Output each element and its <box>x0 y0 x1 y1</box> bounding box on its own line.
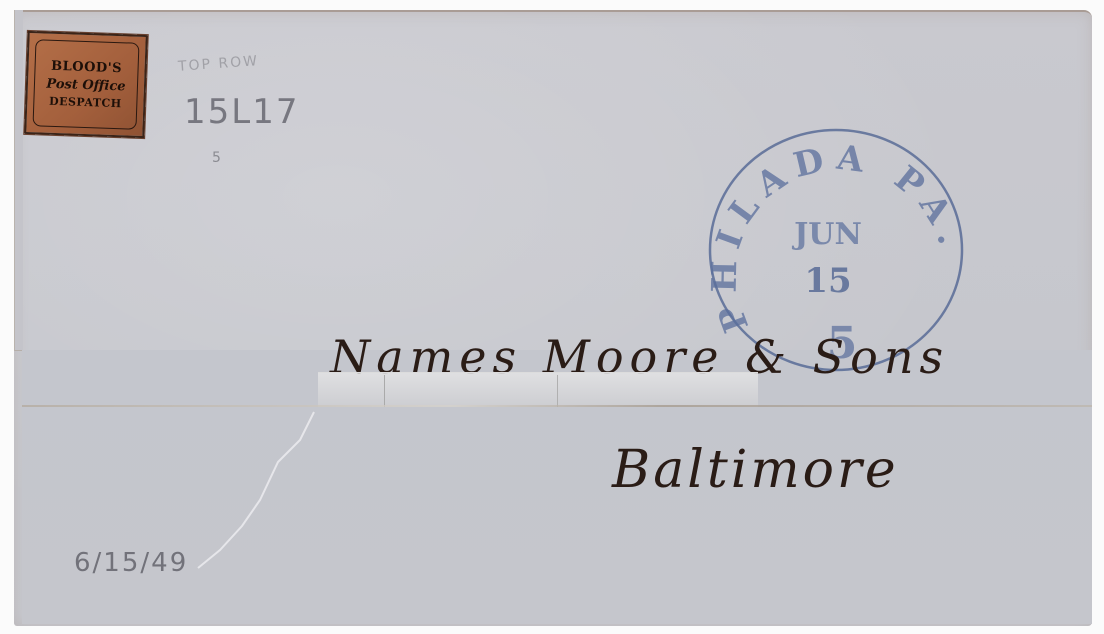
paper-crack <box>180 410 330 570</box>
pencil-note-sub: 5 <box>212 150 221 166</box>
pencil-note-date: 6/15/49 <box>74 548 188 578</box>
address-line-2-city: Baltimore <box>612 440 899 500</box>
cover-left-flap <box>14 10 23 351</box>
stamp-line-3: DESPATCH <box>49 94 122 111</box>
tape-seam <box>384 375 385 407</box>
stamp-line-2: Post Office <box>46 74 126 97</box>
postmark-day: 15 <box>804 261 851 301</box>
fold-crease <box>22 405 1092 407</box>
stamp-frame: BLOOD'S Post Office DESPATCH <box>33 39 140 130</box>
bloods-despatch-stamp: BLOOD'S Post Office DESPATCH <box>24 31 148 138</box>
pencil-note-plate-number: 15L17 <box>184 92 299 132</box>
postmark-month: JUN <box>791 217 862 252</box>
tape-seam <box>557 375 558 407</box>
